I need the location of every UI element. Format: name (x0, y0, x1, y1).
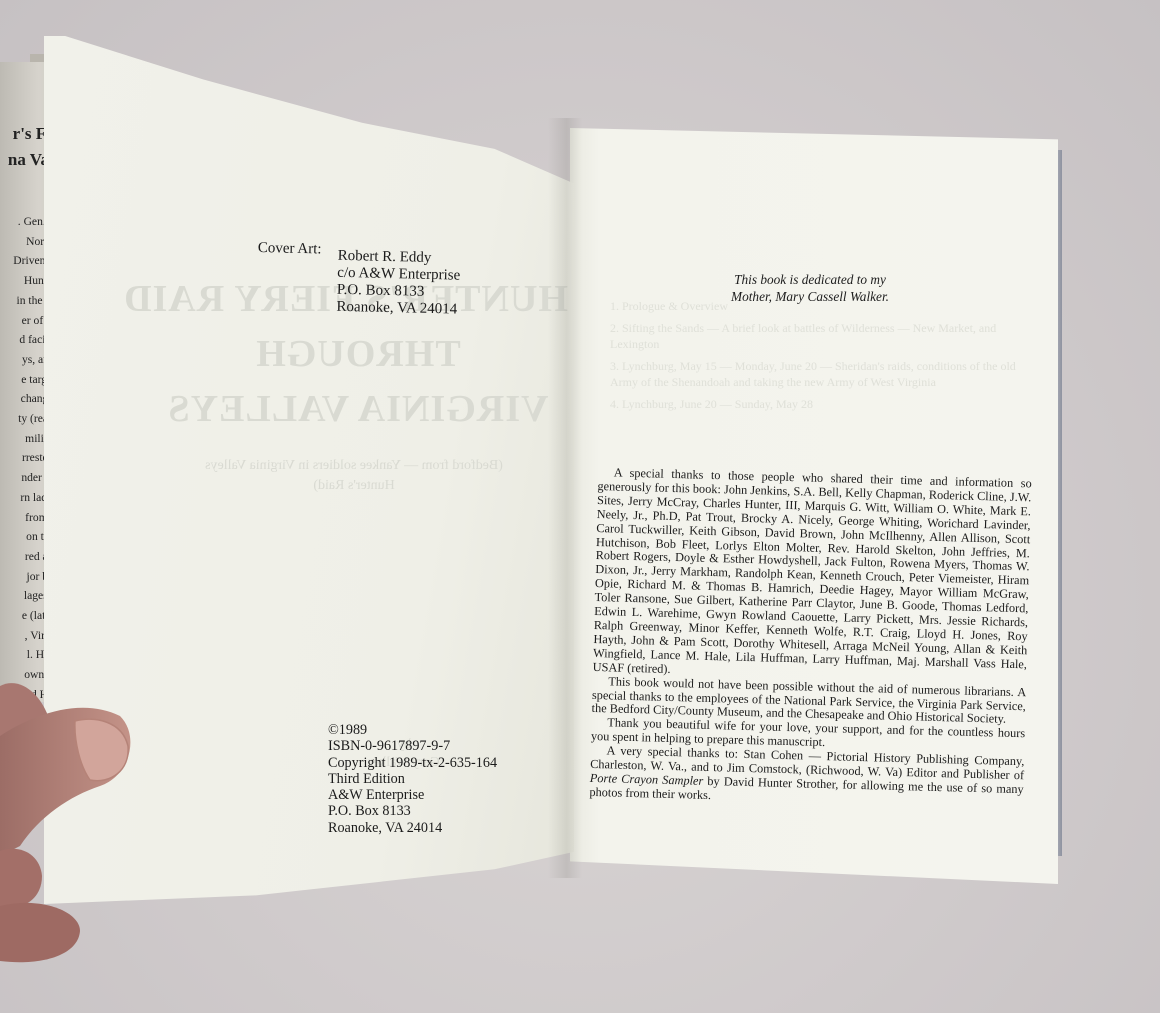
publisher-address-line: P.O. Box 8133 (328, 803, 497, 819)
isbn-line: ISBN-0-9617897-9-7 (328, 738, 497, 754)
show-through-line: (Bedford from — Yankee soldiers in Virgi… (144, 456, 564, 476)
cover-art-label: Cover Art: (258, 240, 322, 258)
show-through-contents: 1. Prologue & Overview 2. Sifting the Sa… (610, 298, 1030, 418)
cover-art-address: Robert R. Eddy c/o A&W Enterprise P.O. B… (336, 248, 461, 319)
ack-paragraph-people: A special thanks to those people who sha… (593, 466, 1032, 686)
dedication: This book is dedicated to my Mother, Mar… (660, 272, 960, 305)
show-through-line: 4. Lynchburg, June 20 — Sunday, May 28 (610, 396, 1030, 412)
address-line: Roanoke, VA 24014 (336, 299, 459, 319)
publisher-city-line: Roanoke, VA 24014 (328, 820, 497, 836)
copyright-block: ©1989 ISBN-0-9617897-9-7 Copyright 1989-… (328, 722, 497, 836)
show-through-line: VIRGINIA VALLEYS (148, 382, 568, 437)
show-through-line: Hunter's Raid) (144, 476, 564, 496)
right-page: 1. Prologue & Overview 2. Sifting the Sa… (570, 128, 1058, 884)
dedication-line: Mother, Mary Cassell Walker. (660, 289, 960, 306)
dedication-line: This book is dedicated to my (660, 272, 960, 289)
show-through-line: 2. Sifting the Sands — A brief look at b… (610, 320, 1030, 352)
acknowledgments: A special thanks to those people who sha… (589, 466, 1032, 811)
copyright-line: ©1989 (328, 722, 497, 738)
book-photo: r's Fier na Valle . Gen. Dav Northern Dr… (0, 0, 1160, 1013)
show-through-line: 3. Lynchburg, May 15 — Monday, June 20 —… (610, 358, 1030, 390)
show-through-subtitle: (Bedford from — Yankee soldiers in Virgi… (144, 456, 564, 496)
publisher-line: A&W Enterprise (328, 787, 497, 803)
ack-paragraph-publishers: A very special thanks to: Stan Cohen — P… (589, 744, 1024, 811)
hand-thumb-icon (0, 676, 140, 976)
edition-line: Third Edition (328, 771, 497, 787)
show-through-line: THROUGH (148, 327, 568, 382)
copyright-registration-line: Copyright 1989-tx-2-635-164 (328, 755, 497, 771)
